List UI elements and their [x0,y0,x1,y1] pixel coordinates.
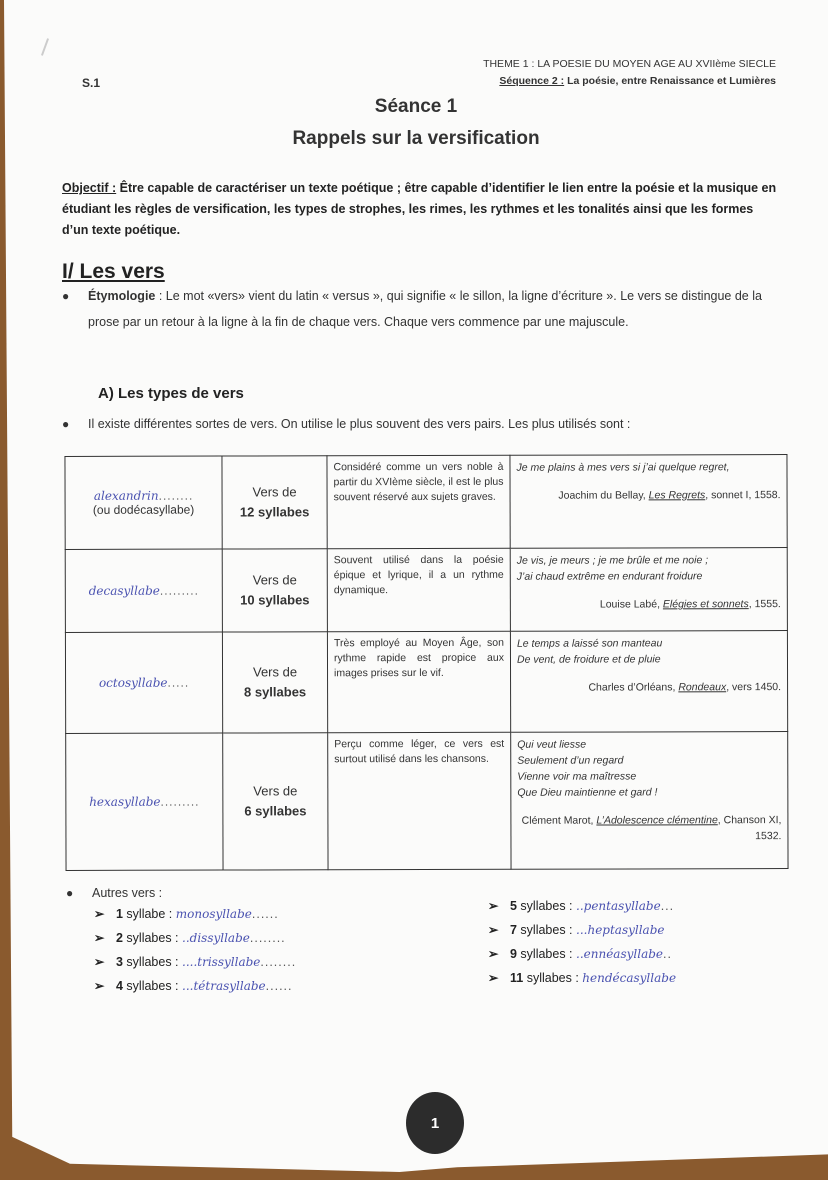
syllable-count: 10 syllabes [240,592,309,607]
types-intro-text: Il existe différentes sortes de vers. On… [88,417,630,431]
list-item: ➢5 syllabes : ..pentasyllabe... [488,894,676,918]
syllable-unit: syllabes : [123,931,182,945]
verse-name-cell: alexandrin........(ou dodécasyllabe) [65,456,222,549]
citation: Louise Labé, Elégies et sonnets, 1555. [517,596,781,613]
handwritten-answer: octosyllabe [99,676,168,690]
fill-dots: ........ [250,931,286,945]
verse-line: Vienne voir ma maîtresse [517,768,781,785]
table-row: alexandrin........(ou dodécasyllabe)Vers… [65,455,787,550]
fill-dots: ...... [266,979,293,993]
syllable-count-cell: Vers de10 syllabes [222,549,327,632]
sequence-line: Séquence 2 : La poésie, entre Renaissanc… [483,73,776,90]
verse-line: Je me plains à mes vers si j’ai quelque … [516,459,780,476]
page-title: Rappels sur la versification [4,128,828,150]
syllable-count: 12 syllabes [240,504,309,519]
citation-details: , Chanson XI, 1532. [718,814,782,842]
syllable-count-cell: Vers de6 syllabes [223,733,328,870]
syllable-prefix: Vers de [252,484,296,499]
syllable-count: 8 syllabes [244,684,306,699]
fill-dots: ........ [260,955,296,969]
table-row: octosyllabe.....Vers de8 syllabesTrès em… [65,631,787,734]
handwritten-answer: alexandrin [94,489,159,503]
verse-types-table: alexandrin........(ou dodécasyllabe)Vers… [64,454,788,871]
description-cell: Perçu comme léger, ce vers est surtout u… [328,732,511,869]
verse-name-cell: decasyllabe......... [65,549,222,632]
objective-label: Objectif : [62,181,116,195]
syllable-number: 1 [116,907,123,921]
handwritten-answer: decasyllabe [89,584,160,598]
arrow-bullet-icon: ➢ [488,918,510,942]
list-item: ➢2 syllabes : ..dissyllabe........ [94,926,296,950]
handwritten-answer: ...tétrasyllabe [182,979,266,993]
etymology-label: Étymologie [88,289,155,303]
document-code: S.1 [82,76,100,90]
example-cell: Le temps a laissé son manteauDe vent, de… [510,631,787,733]
syllable-unit: syllabe : [123,907,176,921]
table-row: decasyllabe.........Vers de10 syllabesSo… [65,548,787,633]
citation-author: Louise Labé, [600,598,663,610]
list-item: ➢11 syllabes : hendécasyllabe [488,966,676,990]
arrow-bullet-icon: ➢ [94,926,116,950]
fill-dots: ......... [160,795,199,809]
citation: Clément Marot, L’Adolescence clémentine,… [517,812,781,845]
citation-work: L’Adolescence clémentine [596,814,717,826]
fill-dots: .. [663,947,672,961]
arrow-bullet-icon: ➢ [94,974,116,998]
syllable-number: 5 [510,899,517,913]
handwritten-answer: ...heptasyllabe [576,923,664,937]
syllable-prefix: Vers de [253,572,297,587]
citation-work: Les Regrets [649,489,706,501]
etymology-text: : Le mot «vers» vient du latin « versus … [88,289,762,329]
verse-line: De vent, de froidure et de pluie [517,651,781,668]
etymology-bullet: ● Étymologie : Le mot «vers» vient du la… [88,283,788,335]
handwritten-answer: ..ennéasyllabe [576,947,663,961]
citation-details: , 1555. [749,598,781,610]
worksheet-page: S.1 THEME 1 : LA POESIE DU MOYEN AGE AU … [4,0,828,1172]
bullet-icon: ● [62,411,69,437]
pen-mark [41,38,49,56]
syllable-number: 4 [116,979,123,993]
verse-line: Que Dieu maintienne et gard ! [517,784,781,801]
bullet-icon: ● [66,880,73,906]
theme-title: THEME 1 : LA POESIE DU MOYEN AGE AU XVII… [483,56,776,73]
verse-line: Je vis, je meurs ; je me brûle et me noi… [517,552,781,569]
sequence-text: La poésie, entre Renaissance et Lumières [564,75,776,87]
alt-name: (ou dodécasyllabe) [93,503,194,517]
citation-details: , vers 1450. [726,681,781,693]
fill-dots: ...... [252,907,279,921]
citation-details: , sonnet I, 1558. [705,489,780,501]
example-cell: Qui veut liesseSeulement d’un regardVien… [511,732,788,870]
syllable-unit: syllabes : [517,899,576,913]
citation: Joachim du Bellay, Les Regrets, sonnet I… [517,487,781,504]
list-item: ➢4 syllabes : ...tétrasyllabe...... [94,974,296,998]
arrow-bullet-icon: ➢ [488,894,510,918]
verse-line: Seulement d’un regard [517,752,781,769]
arrow-bullet-icon: ➢ [94,950,116,974]
syllable-number: 3 [116,955,123,969]
citation-author: Clément Marot, [522,815,597,827]
handwritten-answer: monosyllabe [176,907,252,921]
description-cell: Très employé au Moyen Âge, son rythme ra… [327,631,510,732]
description-cell: Considéré comme un vers noble à partir d… [327,455,510,548]
handwritten-answer: ....trissyllabe [182,955,260,969]
verse-name-cell: octosyllabe..... [65,632,222,733]
list-item: ➢7 syllabes : ...heptasyllabe [488,918,676,942]
syllable-number: 2 [116,931,123,945]
syllable-unit: syllabes : [523,971,582,985]
citation-work: Elégies et sonnets [663,598,749,610]
syllable-unit: syllabes : [123,955,182,969]
handwritten-answer: hexasyllabe [89,795,160,809]
bullet-icon: ● [62,283,69,309]
fill-dots: ........ [159,489,194,503]
verse-line: Le temps a laissé son manteau [517,635,781,652]
fill-dots: ..... [167,676,189,690]
verse-line: Qui veut liesse [517,736,781,753]
syllable-unit: syllabes : [517,923,576,937]
objective-text: Être capable de caractériser un texte po… [62,181,776,237]
arrow-bullet-icon: ➢ [488,966,510,990]
table-row: hexasyllabe.........Vers de6 syllabesPer… [66,732,788,871]
arrow-bullet-icon: ➢ [94,902,116,926]
handwritten-answer: hendécasyllabe [582,971,676,985]
syllable-unit: syllabes : [123,979,182,993]
sequence-label: Séquence 2 : [499,75,564,87]
syllable-count-cell: Vers de8 syllabes [222,632,327,733]
citation-work: Rondeaux [678,681,726,693]
fill-dots: ......... [160,584,199,598]
example-cell: Je me plains à mes vers si j’ai quelque … [510,455,787,549]
list-item: ➢9 syllabes : ..ennéasyllabe.. [488,942,676,966]
syllable-count: 6 syllabes [244,803,306,818]
syllable-prefix: Vers de [253,783,297,798]
citation: Charles d’Orléans, Rondeaux, vers 1450. [517,679,781,696]
other-verses-label: Autres vers : [92,886,162,900]
verse-line: J’ai chaud extrême en endurant froidure [517,568,781,585]
example-cell: Je vis, je meurs ; je me brûle et me noi… [510,548,787,632]
objective-paragraph: Objectif : Être capable de caractériser … [62,178,782,241]
verse-name-cell: hexasyllabe......... [66,733,223,870]
syllable-count-cell: Vers de12 syllabes [222,456,327,549]
other-verses-list-right: ➢5 syllabes : ..pentasyllabe...➢7 syllab… [488,894,676,990]
types-intro-bullet: ● Il existe différentes sortes de vers. … [88,411,788,437]
list-item: ➢1 syllabe : monosyllabe...... [94,902,296,926]
handwritten-answer: ..dissyllabe [182,931,250,945]
fill-dots: ... [661,899,674,913]
syllable-number: 11 [510,971,523,985]
syllable-number: 9 [510,947,517,961]
page-number-badge: 1 [406,1092,464,1154]
description-cell: Souvent utilisé dans la poésie épique et… [327,548,510,631]
citation-author: Joachim du Bellay, [558,489,648,501]
section-heading: I/ Les vers [62,260,165,284]
syllable-unit: syllabes : [517,947,576,961]
subsection-heading: A) Les types de vers [98,385,244,402]
session-title: Séance 1 [4,96,828,118]
syllable-prefix: Vers de [253,664,297,679]
syllable-number: 7 [510,923,517,937]
list-item: ➢3 syllabes : ....trissyllabe........ [94,950,296,974]
arrow-bullet-icon: ➢ [488,942,510,966]
handwritten-answer: ..pentasyllabe [576,899,661,913]
theme-header: THEME 1 : LA POESIE DU MOYEN AGE AU XVII… [483,56,776,90]
citation-author: Charles d’Orléans, [588,681,678,693]
other-verses-list-left: ➢1 syllabe : monosyllabe......➢2 syllabe… [94,902,296,998]
